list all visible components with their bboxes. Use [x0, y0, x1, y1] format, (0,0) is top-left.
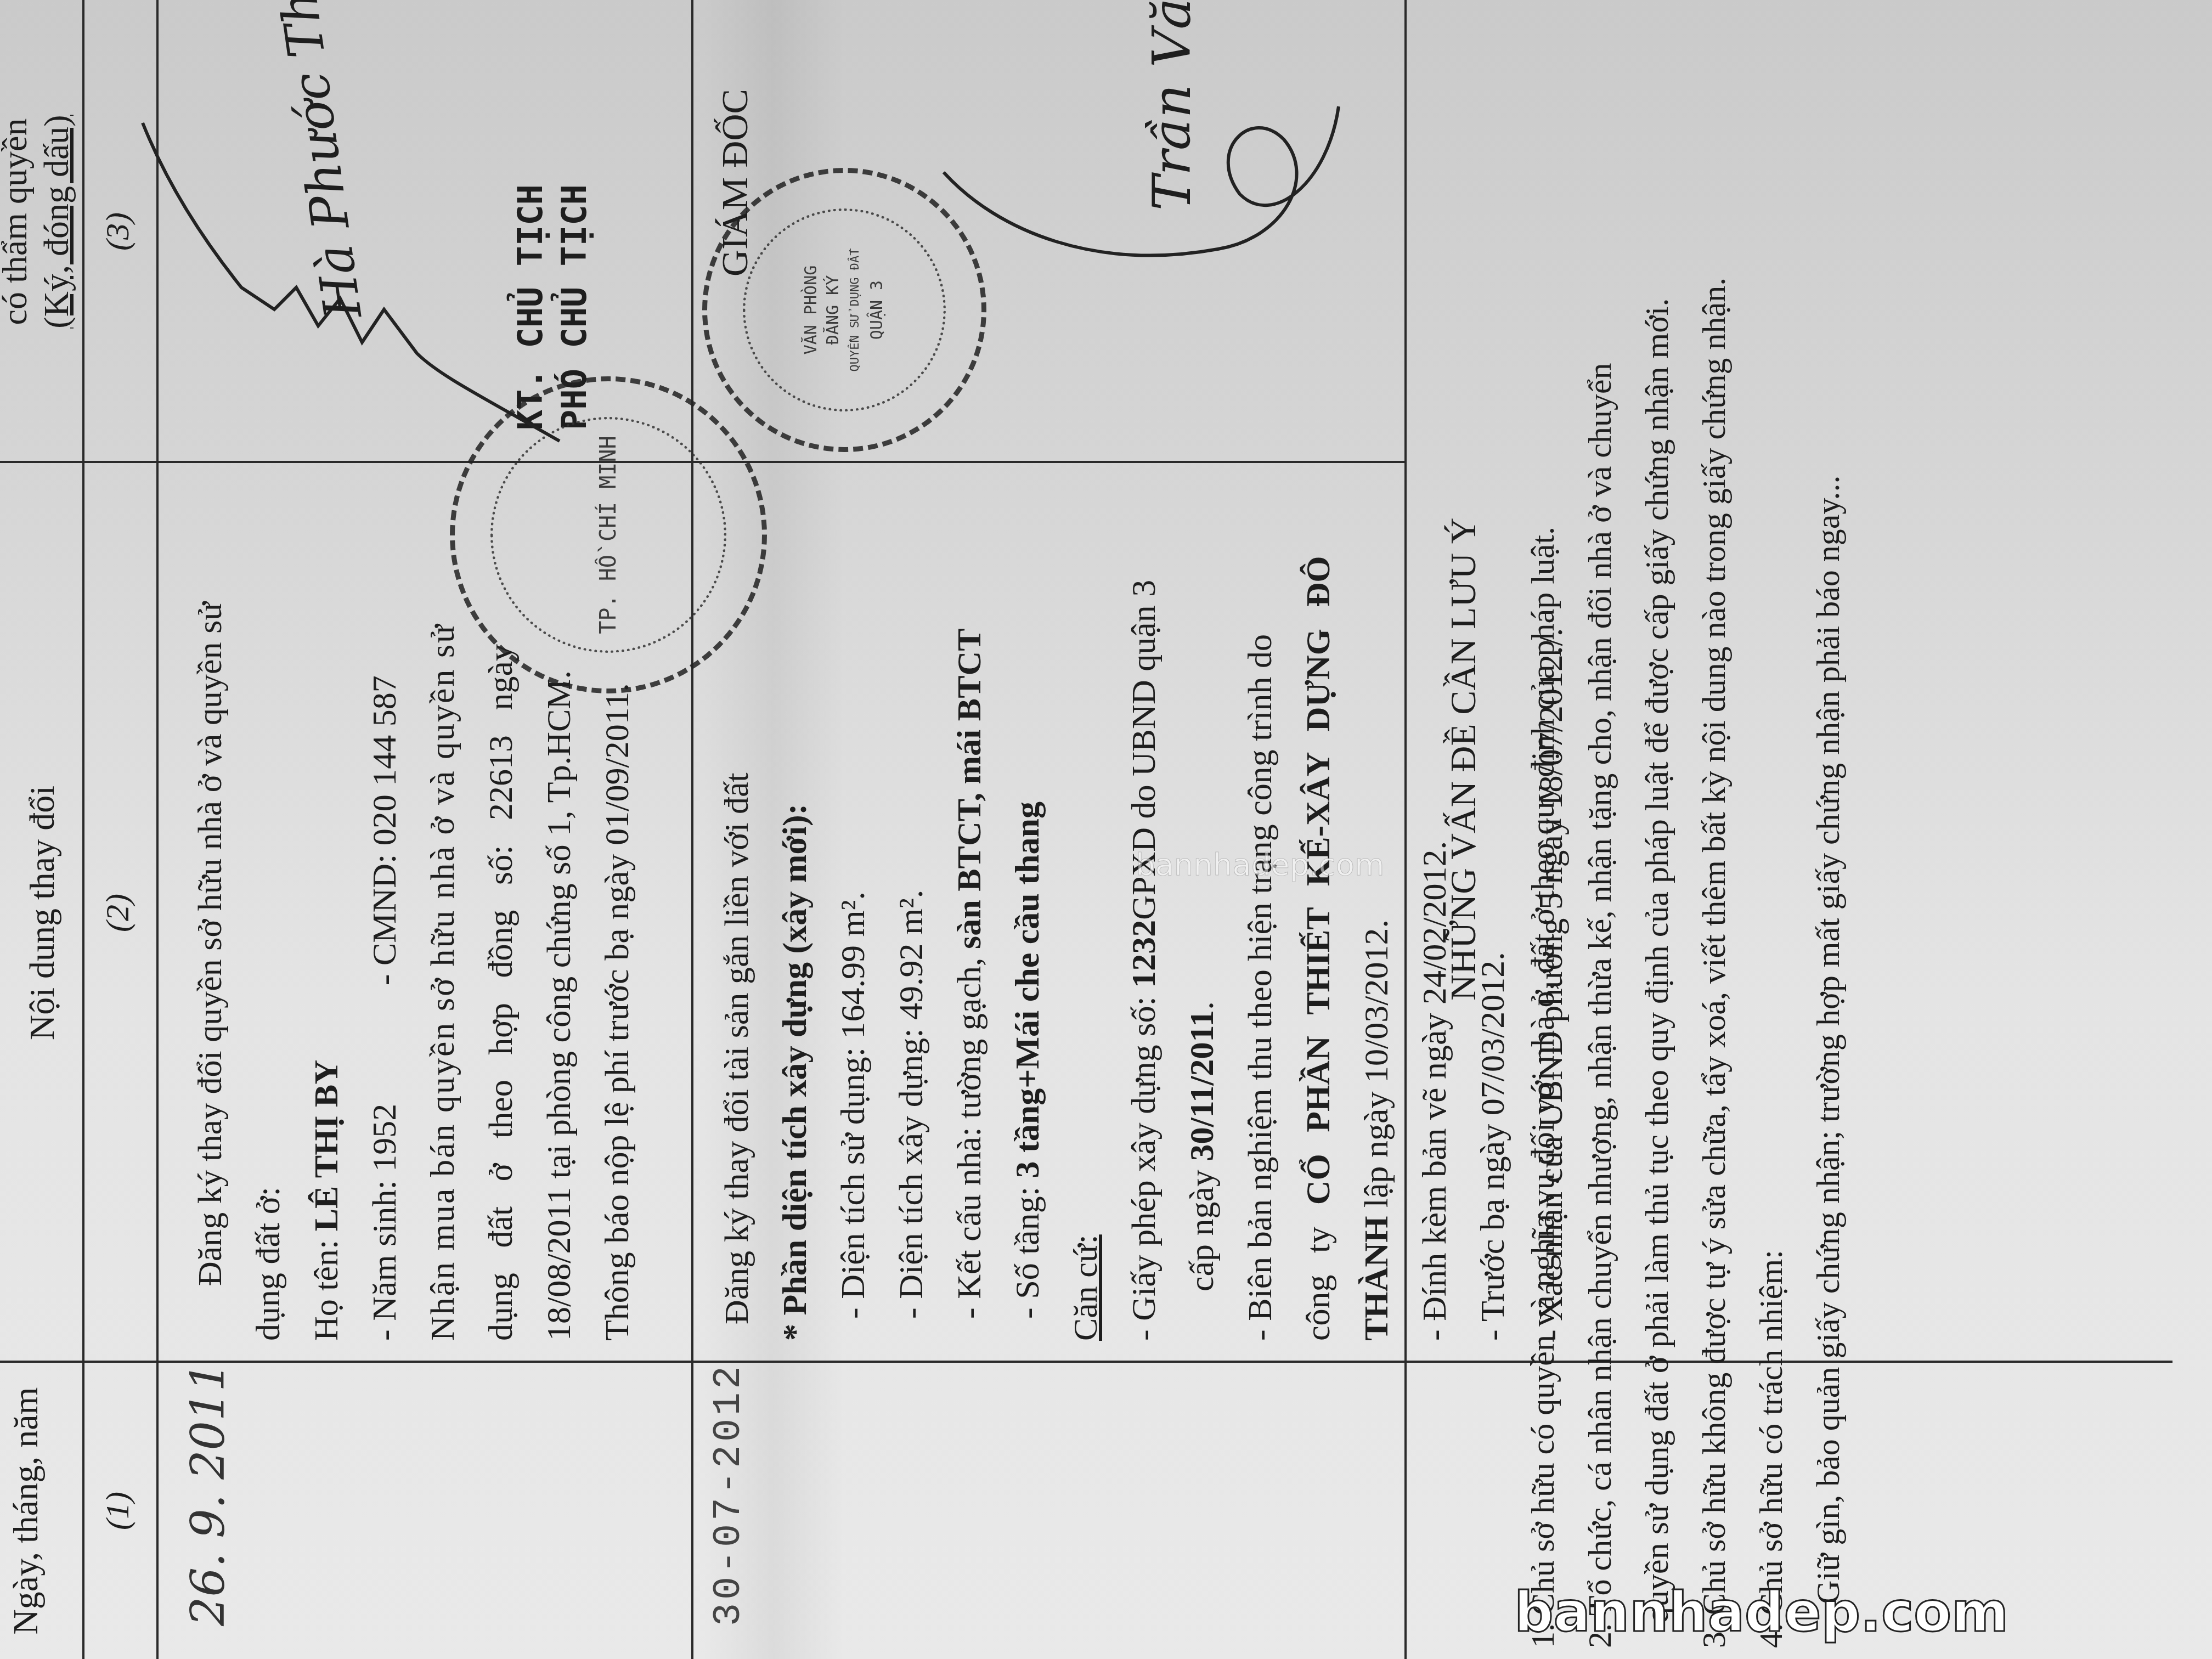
- permit-date: 30/11/2011: [1183, 1010, 1221, 1161]
- document-page: Ngày, tháng, năm Nội dung thay đổi có th…: [0, 0, 2212, 1659]
- note-item-4-cont: - Giữ gìn, bảo quản giấy chứng nhận; trư…: [1799, 2, 1857, 1648]
- permit-date-pre: cấp ngày: [1183, 1161, 1221, 1291]
- area-used-label: - Diện tích sử dụng:: [834, 1039, 872, 1319]
- row1-intro-cont: dụng đất ở:: [239, 452, 297, 1341]
- header-authority-line1: có thẩm quyền: [0, 2, 35, 441]
- notes-title: NHỮNG VẤN ĐỀ CẦN LƯU Ý: [1443, 518, 1485, 1001]
- notes-list: 1. Chủ sở hữu có quyền và nghĩa vụ đối v…: [1514, 2, 1857, 1648]
- floors-line: - Số tầng: 3 tầng+Mái che cầu thang: [998, 452, 1057, 1341]
- floors-value: 3 tầng+Mái che cầu thang: [1009, 802, 1046, 1178]
- column-number-3: (3): [99, 0, 137, 463]
- header-content: Nội dung thay đổi: [22, 474, 63, 1352]
- owner-name: LÊ THỊ BY: [308, 1060, 345, 1231]
- area-built-line: - Diện tích xây dựng: 49.92 m².: [882, 452, 940, 1341]
- header-divider: [82, 0, 84, 1659]
- structure-label: - Kết cấu nhà: tường gạch,: [951, 949, 988, 1319]
- note-item-4: 4. Chủ sở hữu có trách nhiệm:: [1742, 2, 1799, 1648]
- section-title: * Phần diện tích xây dựng (xây mới):: [766, 452, 824, 1341]
- basis-title: Căn cứ:: [1057, 452, 1115, 1341]
- basis-acceptance-cont: công ty CỔ PHẦN THIẾT KẾ-XÂY DỰNG ĐÔ: [1289, 452, 1347, 1341]
- area-used-value: 164.99 m².: [834, 891, 872, 1039]
- basis-permit: - Giấy phép xây dựng số: 1232GPXD do UBN…: [1115, 452, 1173, 1341]
- basis-permit-cont: cấp ngày 30/11/2011.: [1173, 452, 1231, 1341]
- note-item-2-cont: quyền sử dụng đất ở phải làm thủ tục the…: [1628, 2, 1685, 1648]
- row-divider: [691, 0, 693, 1659]
- site-watermark: bannhadep.com: [1514, 1580, 2008, 1644]
- permit-date-post: .: [1183, 1001, 1221, 1010]
- id-number: - CMND: 020 144 587: [366, 675, 403, 985]
- row2-signer-name: Trần Văn Đức: [1141, 0, 1203, 211]
- note-item-1: 1. Chủ sở hữu có quyền và nghĩa vụ đối v…: [1514, 2, 1571, 1648]
- header-date: Ngày, tháng, năm: [5, 1374, 46, 1648]
- row2-intro: Đăng ký thay đổi tài sản gắn liền với đấ…: [708, 452, 766, 1341]
- note-item-3: 3. Chủ sở hữu không được tự ý sửa chữa, …: [1685, 2, 1742, 1648]
- faint-watermark: bannhadep.com: [1136, 847, 1385, 883]
- birth-year: - Năm sinh: 1952: [366, 1104, 403, 1341]
- row2-date: 30-07-2012: [708, 1363, 751, 1626]
- column-number-1: (1): [99, 1363, 137, 1659]
- name-label: Họ tên:: [308, 1231, 345, 1341]
- floors-label: - Số tầng:: [1009, 1178, 1046, 1319]
- area-built-label: - Diện tích xây dựng:: [893, 1020, 930, 1319]
- stamp-line2: ĐĂNG KÝ: [822, 275, 844, 345]
- stamp-line1: VĂN PHÒNG: [800, 266, 822, 355]
- permit-pre: - Giấy phép xây dựng số:: [1125, 988, 1163, 1341]
- stamp-line4: QUẬN 3: [866, 280, 888, 340]
- note-item-2: 2. Tổ chức, cá nhân nhận chuyển nhượng, …: [1571, 2, 1628, 1648]
- company-pre: công ty: [1300, 1205, 1337, 1341]
- basis-acceptance: - Biên bản nghiệm thu theo hiện trạng cô…: [1231, 452, 1289, 1341]
- structure-line: - Kết cấu nhà: tường gạch, sàn BTCT, mái…: [940, 452, 998, 1341]
- company-name-cont: THÀNH: [1358, 1216, 1395, 1341]
- city-stamp-text: TP. HỒ CHÍ MINH: [596, 436, 621, 634]
- header-authority-line2: (Ký, đóng dấu): [36, 2, 77, 441]
- area-built-value: 49.92 m².: [893, 890, 930, 1020]
- basis-acceptance-cont2: THÀNH lập ngày 10/03/2012.: [1347, 452, 1406, 1341]
- structure-value: sàn BTCT, mái BTCT: [951, 628, 988, 949]
- stamp-line3: QUYỀN SỬ DỤNG ĐẤT: [844, 248, 866, 371]
- row1-date: 26. 9. 2011: [181, 1362, 235, 1626]
- row1-intro: Đăng ký thay đổi quyền sở hữu nhà ở và q…: [181, 452, 239, 1341]
- permit-number: 1232: [1125, 920, 1163, 988]
- row1-birth-id-line: - Năm sinh: 1952 - CMND: 020 144 587: [356, 452, 414, 1341]
- column-number-2: (2): [99, 463, 137, 1363]
- acceptance-date: lập ngày 10/03/2012.: [1358, 919, 1395, 1216]
- row1-name-line: Họ tên: LÊ THỊ BY: [297, 452, 356, 1341]
- area-used-line: - Diện tích sử dụng: 164.99 m².: [824, 452, 882, 1341]
